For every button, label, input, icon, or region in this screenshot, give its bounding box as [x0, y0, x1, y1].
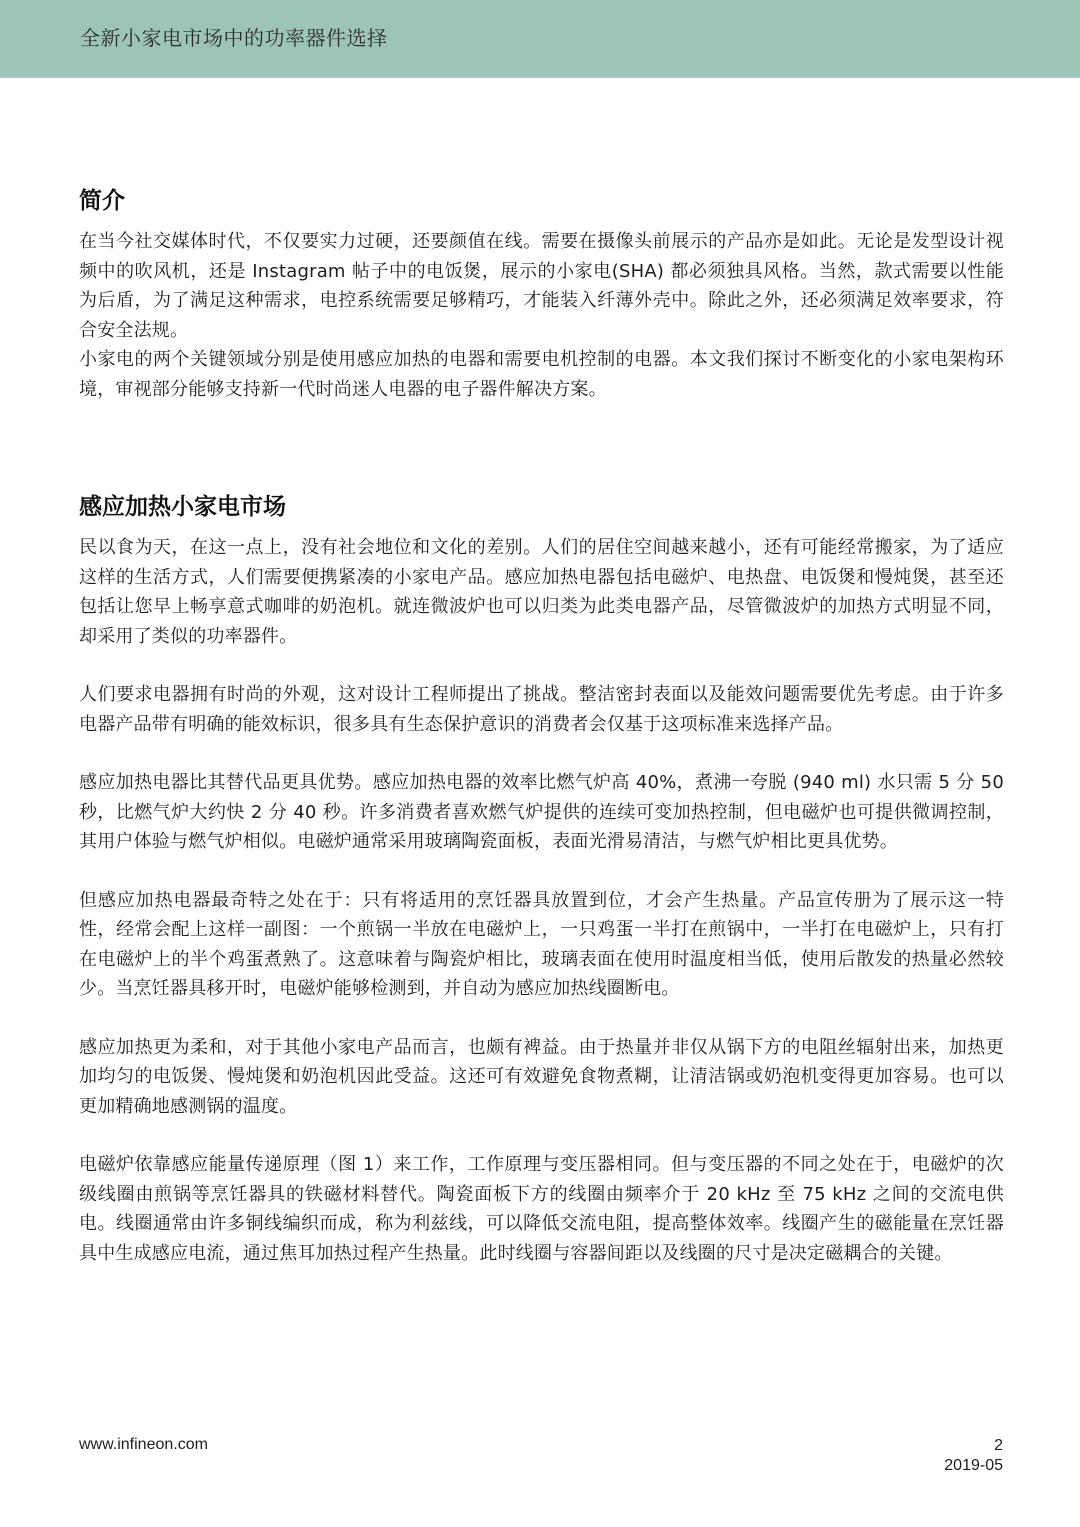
section-induction-heating-market: 感应加热小家电市场 民以食为天，在这一点上，没有社会地位和文化的差别。人们的居住… [79, 489, 1004, 1268]
footer-page-info: 2 2019-05 [944, 1436, 1003, 1476]
page-number: 2 [944, 1436, 1003, 1456]
paragraph: 小家电的两个关键领域分别是使用感应加热的电器和需要电机控制的电器。本文我们探讨不… [79, 345, 1004, 404]
paragraph: 电磁炉依靠感应能量传递原理（图 1）来工作，工作原理与变压器相同。但与变压器的不… [79, 1150, 1004, 1268]
section-spacer [79, 404, 1004, 489]
paragraph: 民以食为天，在这一点上，没有社会地位和文化的差别。人们的居住空间越来越小，还有可… [79, 533, 1004, 651]
page-content: 简介 在当今社交媒体时代，不仅要实力过硬，还要颜值在线。需要在摄像头前展示的产品… [79, 183, 1004, 1268]
section-title-induction-heating: 感应加热小家电市场 [79, 489, 1004, 525]
footer-website-link[interactable]: www.infineon.com [79, 1436, 208, 1454]
paragraph: 在当今社交媒体时代，不仅要实力过硬，还要颜值在线。需要在摄像头前展示的产品亦是如… [79, 227, 1004, 345]
publication-date: 2019-05 [944, 1456, 1003, 1476]
header-band: 全新小家电市场中的功率器件选择 [0, 0, 1080, 78]
paragraph: 但感应加热电器最奇特之处在于：只有将适用的烹饪器具放置到位，才会产生热量。产品宣… [79, 886, 1004, 1004]
paragraph: 人们要求电器拥有时尚的外观，这对设计工程师提出了挑战。整洁密封表面以及能效问题需… [79, 680, 1004, 739]
section-introduction: 简介 在当今社交媒体时代，不仅要实力过硬，还要颜值在线。需要在摄像头前展示的产品… [79, 183, 1004, 404]
paragraph: 感应加热电器比其替代品更具优势。感应加热电器的效率比燃气炉高 40%，煮沸一夸脱… [79, 768, 1004, 857]
document-title: 全新小家电市场中的功率器件选择 [80, 22, 388, 51]
paragraph: 感应加热更为柔和，对于其他小家电产品而言，也颇有裨益。由于热量并非仅从锅下方的电… [79, 1033, 1004, 1122]
section-title-introduction: 简介 [79, 183, 1004, 219]
